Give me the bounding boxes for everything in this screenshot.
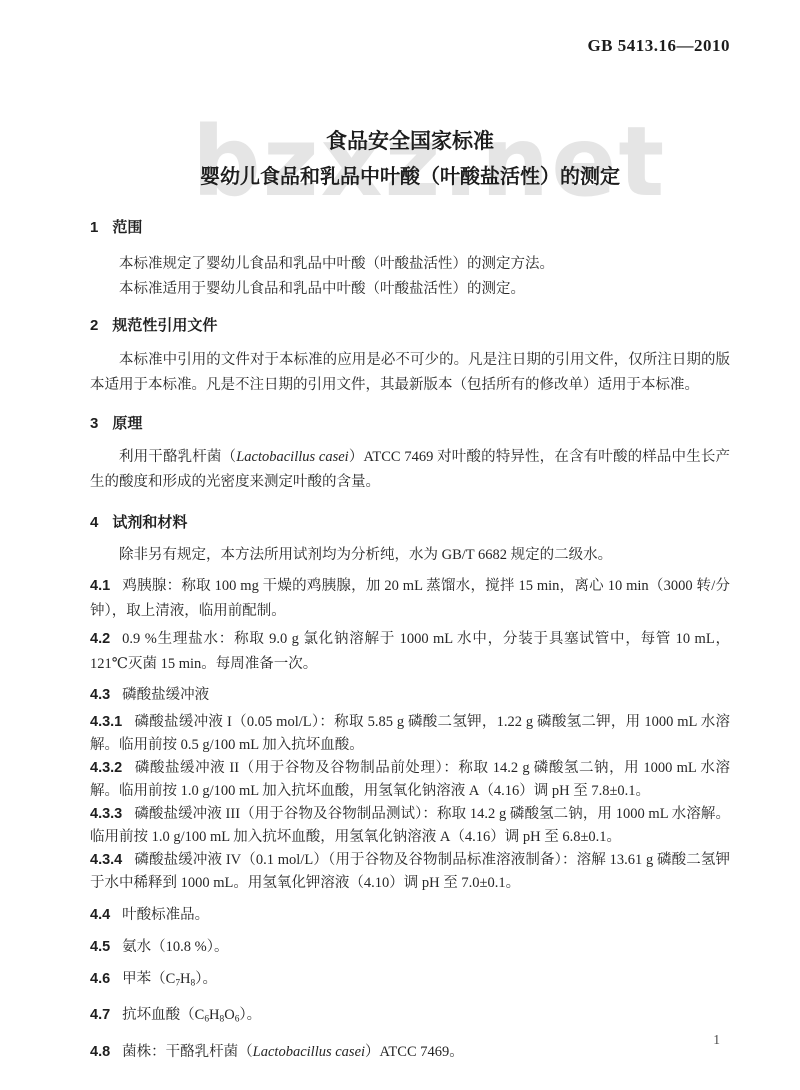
reagent-item-4-7: 4.7抗坏血酸（C6H8O6）。 xyxy=(90,1003,730,1032)
section-heading-principle: 3原理 xyxy=(90,414,730,434)
clause-number: 4.5 xyxy=(90,939,110,955)
clause-number: 4.4 xyxy=(90,907,110,923)
reagent-text: 磷酸盐缓冲液 III（用于谷物及谷物制品测试）：称取 14.2 g 磷酸氢二钠，… xyxy=(90,806,730,845)
formula-segment: H xyxy=(180,971,190,987)
text-segment: 菌株：干酪乳杆菌（ xyxy=(122,1044,253,1060)
standard-code: GB 5413.16—2010 xyxy=(90,36,730,56)
document-title-line1: 食品安全国家标准 xyxy=(90,128,730,156)
text-segment: ）ATCC 7469。 xyxy=(365,1044,464,1060)
formula-segment: 甲苯（C xyxy=(122,971,175,987)
section-heading-reagents: 4试剂和材料 xyxy=(90,513,730,533)
clause-number: 4.8 xyxy=(90,1044,110,1060)
section-heading-scope: 1范围 xyxy=(90,218,730,238)
section-number: 2 xyxy=(90,317,98,334)
reagent-item-4-3-3: 4.3.3磷酸盐缓冲液 III（用于谷物及谷物制品测试）：称取 14.2 g 磷… xyxy=(90,803,730,849)
document-content: GB 5413.16—2010 食品安全国家标准 婴幼儿食品和乳品中叶酸（叶酸盐… xyxy=(0,0,800,1065)
reagent-text: 氨水（10.8 %）。 xyxy=(122,939,228,955)
section-number: 3 xyxy=(90,415,98,432)
clause-number: 4.1 xyxy=(90,578,110,594)
formula-segment: H xyxy=(209,1007,219,1023)
text-segment: 利用干酪乳杆菌（ xyxy=(119,449,236,465)
reagent-text: 甲苯（C7H8）。 xyxy=(122,971,217,987)
page-number: 1 xyxy=(713,1032,720,1048)
reagent-item-4-3: 4.3磷酸盐缓冲液 xyxy=(90,683,730,708)
reagent-text: 鸡胰腺：称取 100 mg 干燥的鸡胰腺，加 20 mL 蒸馏水，搅拌 15 m… xyxy=(90,578,730,619)
reagent-item-4-1: 4.1鸡胰腺：称取 100 mg 干燥的鸡胰腺，加 20 mL 蒸馏水，搅拌 1… xyxy=(90,574,730,624)
reagent-item-4-8: 4.8菌株：干酪乳杆菌（Lactobacillus casei）ATCC 746… xyxy=(90,1040,730,1065)
clause-number: 4.6 xyxy=(90,971,110,987)
formula-segment: ）。 xyxy=(195,971,217,987)
clause-number: 4.3.2 xyxy=(90,760,122,776)
section-title: 原理 xyxy=(112,415,142,432)
reagent-item-4-2: 4.20.9 %生理盐水：称取 9.0 g 氯化钠溶解于 1000 mL 水中，… xyxy=(90,627,730,677)
normative-references-paragraph: 本标准中引用的文件对于本标准的应用是必不可少的。凡是注日期的引用文件，仅所注日期… xyxy=(90,348,730,398)
reagent-text: 磷酸盐缓冲液 II（用于谷物及谷物制品前处理）：称取 14.2 g 磷酸氢二钠，… xyxy=(90,760,730,799)
reagent-item-4-6: 4.6甲苯（C7H8）。 xyxy=(90,967,730,996)
formula-segment: ）。 xyxy=(239,1007,261,1023)
clause-number: 4.3 xyxy=(90,687,110,703)
document-title: 食品安全国家标准 婴幼儿食品和乳品中叶酸（叶酸盐活性）的测定 xyxy=(90,128,730,192)
clause-number: 4.7 xyxy=(90,1007,110,1023)
document-title-line2: 婴幼儿食品和乳品中叶酸（叶酸盐活性）的测定 xyxy=(90,162,730,192)
reagent-text: 磷酸盐缓冲液 xyxy=(122,687,209,703)
reagent-item-4-3-4: 4.3.4磷酸盐缓冲液 IV（0.1 mol/L）（用于谷物及谷物制品标准溶液制… xyxy=(90,849,730,895)
reagent-item-4-3-2: 4.3.2磷酸盐缓冲液 II（用于谷物及谷物制品前处理）：称取 14.2 g 磷… xyxy=(90,757,730,803)
clause-number: 4.2 xyxy=(90,631,110,647)
section-title: 规范性引用文件 xyxy=(112,317,217,334)
reagent-text: 磷酸盐缓冲液 IV（0.1 mol/L）（用于谷物及谷物制品标准溶液制备）：溶解… xyxy=(90,852,730,891)
scope-paragraph-2: 本标准适用于婴幼儿食品和乳品中叶酸（叶酸盐活性）的测定。 xyxy=(90,277,730,302)
reagent-item-4-5: 4.5氨水（10.8 %）。 xyxy=(90,935,730,960)
latin-species-name: Lactobacillus casei xyxy=(253,1044,365,1060)
reagent-text: 抗坏血酸（C6H8O6）。 xyxy=(122,1007,261,1023)
reagent-text: 0.9 %生理盐水：称取 9.0 g 氯化钠溶解于 1000 mL 水中，分装于… xyxy=(90,631,730,672)
formula-segment: 抗坏血酸（C xyxy=(122,1007,204,1023)
reagent-text: 磷酸盐缓冲液 I（0.05 mol/L）：称取 5.85 g 磷酸二氢钾，1.2… xyxy=(90,714,730,753)
clause-number: 4.3.4 xyxy=(90,852,122,868)
scope-paragraph-1: 本标准规定了婴幼儿食品和乳品中叶酸（叶酸盐活性）的测定方法。 xyxy=(90,252,730,277)
document-page: bzxz.net GB 5413.16—2010 食品安全国家标准 婴幼儿食品和… xyxy=(0,0,800,1090)
reagent-text: 菌株：干酪乳杆菌（Lactobacillus casei）ATCC 7469。 xyxy=(122,1044,464,1060)
reagent-item-4-3-1: 4.3.1磷酸盐缓冲液 I（0.05 mol/L）：称取 5.85 g 磷酸二氢… xyxy=(90,711,730,757)
section-number: 1 xyxy=(90,219,98,236)
reagents-intro-paragraph: 除非另有规定，本方法所用试剂均为分析纯，水为 GB/T 6682 规定的二级水。 xyxy=(90,543,730,568)
clause-number: 4.3.3 xyxy=(90,806,122,822)
section-heading-normative-references: 2规范性引用文件 xyxy=(90,316,730,336)
clause-number: 4.3.1 xyxy=(90,714,122,730)
latin-species-name: Lactobacillus casei xyxy=(236,449,349,465)
reagent-item-4-4: 4.4叶酸标准品。 xyxy=(90,903,730,928)
principle-paragraph: 利用干酪乳杆菌（Lactobacillus casei）ATCC 7469 对叶… xyxy=(90,445,730,495)
reagent-text: 叶酸标准品。 xyxy=(122,907,209,923)
section-title: 范围 xyxy=(112,219,142,236)
section-title: 试剂和材料 xyxy=(112,514,187,531)
formula-segment: O xyxy=(224,1007,234,1023)
section-number: 4 xyxy=(90,514,98,531)
